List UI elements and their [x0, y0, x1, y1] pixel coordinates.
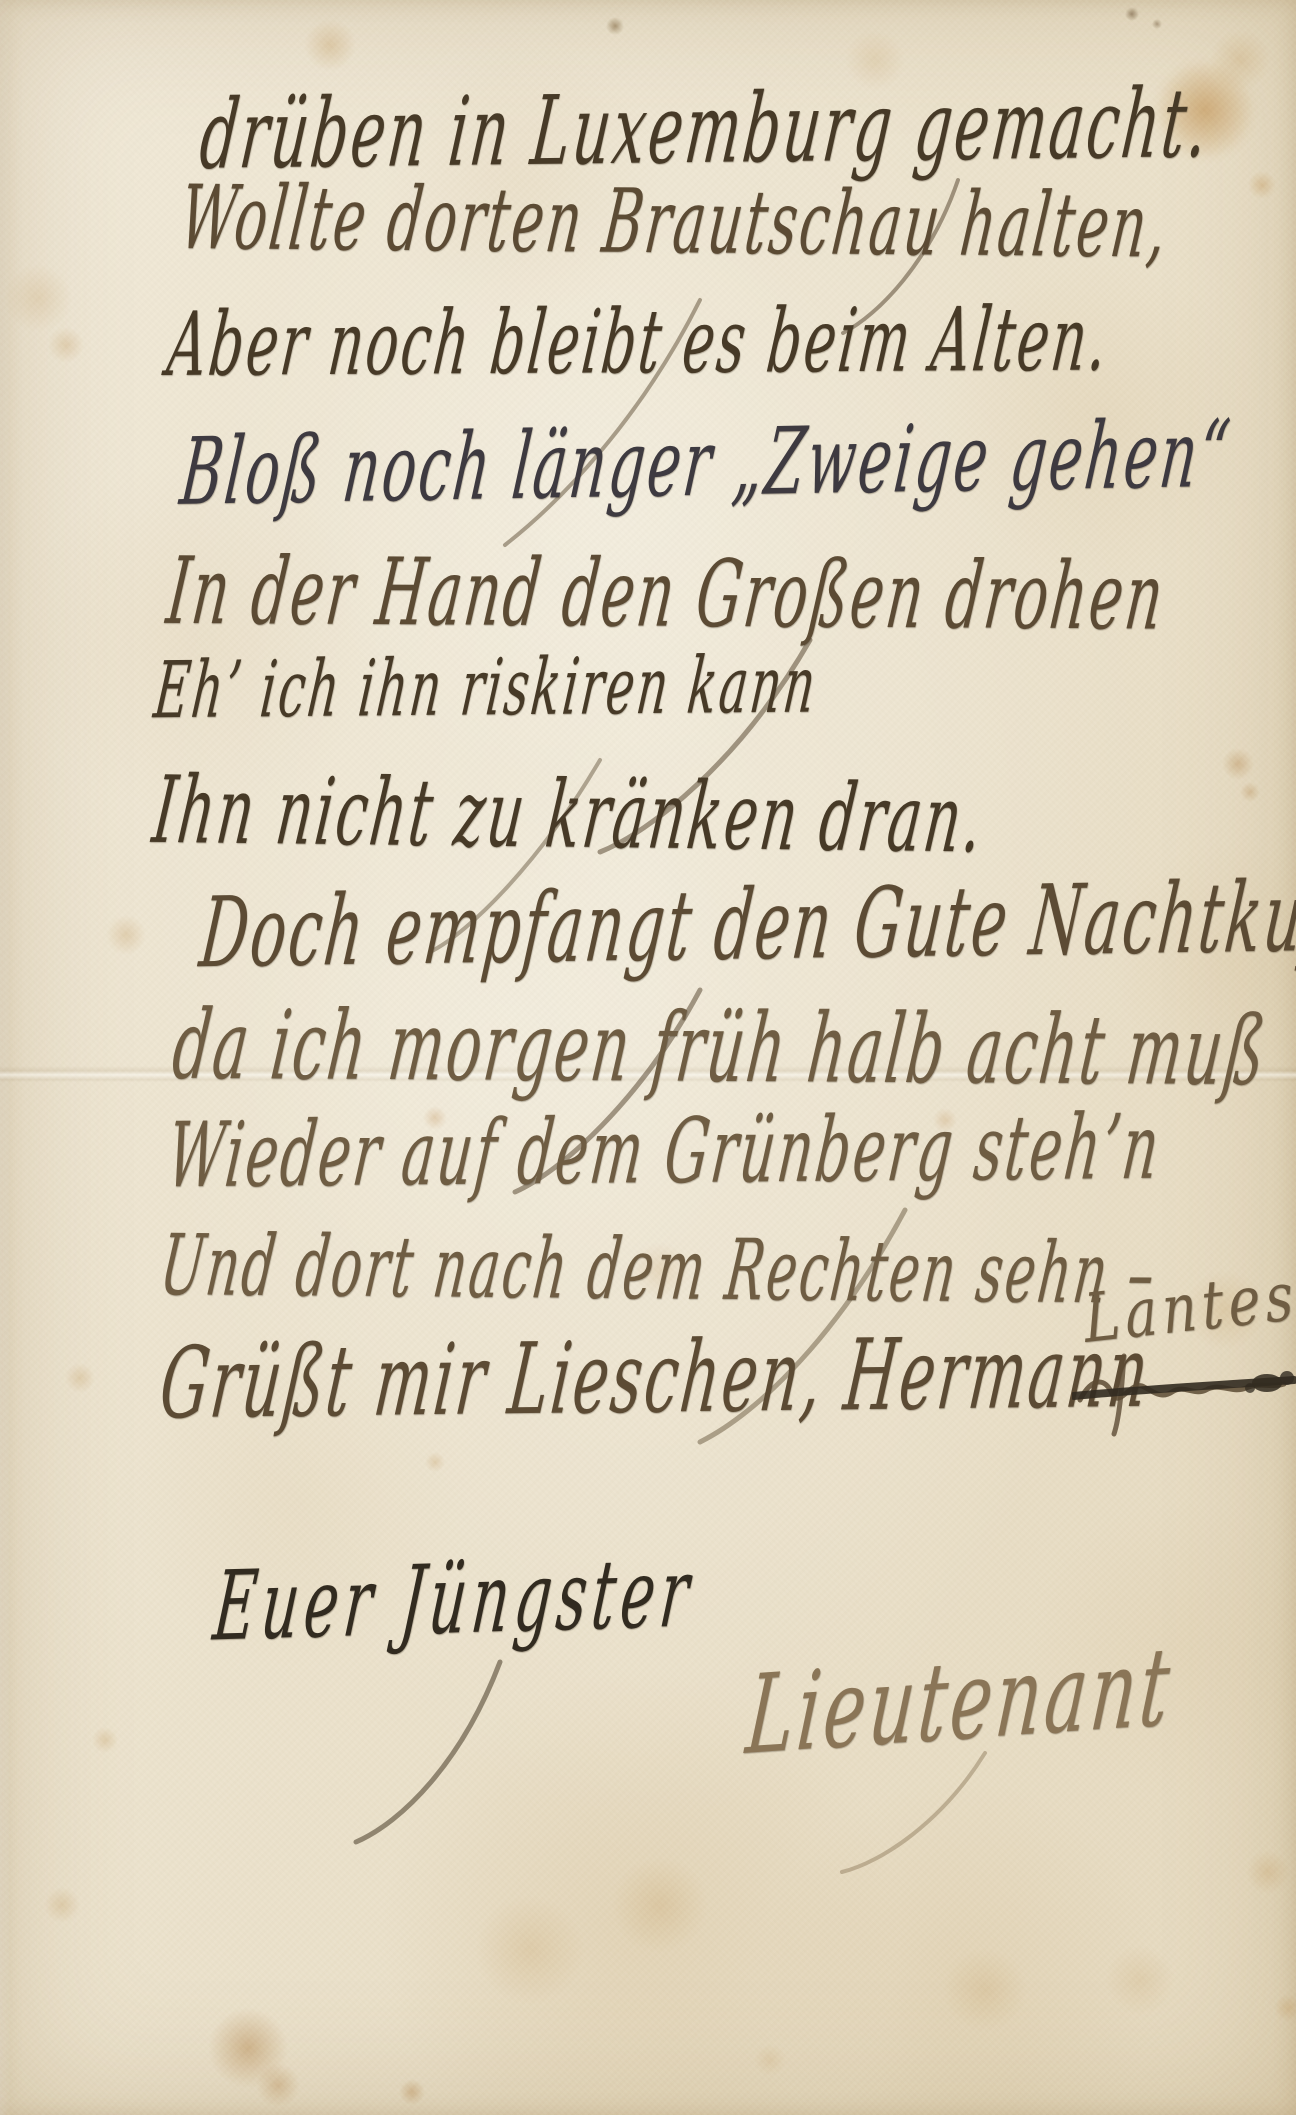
letter-line: Und dort nach dem Rechten sehn – [157, 1223, 1161, 1316]
interlinear-annotation: Lantes [1082, 1263, 1296, 1354]
letter-line: Wollte dorten Brautschau halten, [176, 174, 1173, 271]
closing-line-lieutenant: Lieutenant [743, 1633, 1177, 1771]
letter-line: Ihn nicht zu kränken dran. [149, 765, 989, 867]
letter-line: Eh’ ich ihn riskiren kann [151, 646, 821, 730]
closing-line-euer-juengster: Euer Jüngster [210, 1546, 698, 1656]
letter-line: Doch empfangt den Gute Nachtkuß [196, 869, 1296, 983]
letter-line: In der Hand den Großen drohen [163, 546, 1170, 645]
letter-line: da ich morgen früh halb acht muß [169, 998, 1272, 1100]
letter-page: drüben in Luxemburg gemacht. Wollte dort… [0, 0, 1296, 2115]
letter-line: Grüßt mir Lieschen, Hermann [156, 1325, 1155, 1435]
letter-line: Wieder auf dem Grünberg steh’n [164, 1102, 1166, 1200]
letter-line: Bloß noch länger „Zweige gehen“ [177, 409, 1236, 520]
letter-line: Aber noch bleibt es beim Alten. [164, 296, 1114, 390]
